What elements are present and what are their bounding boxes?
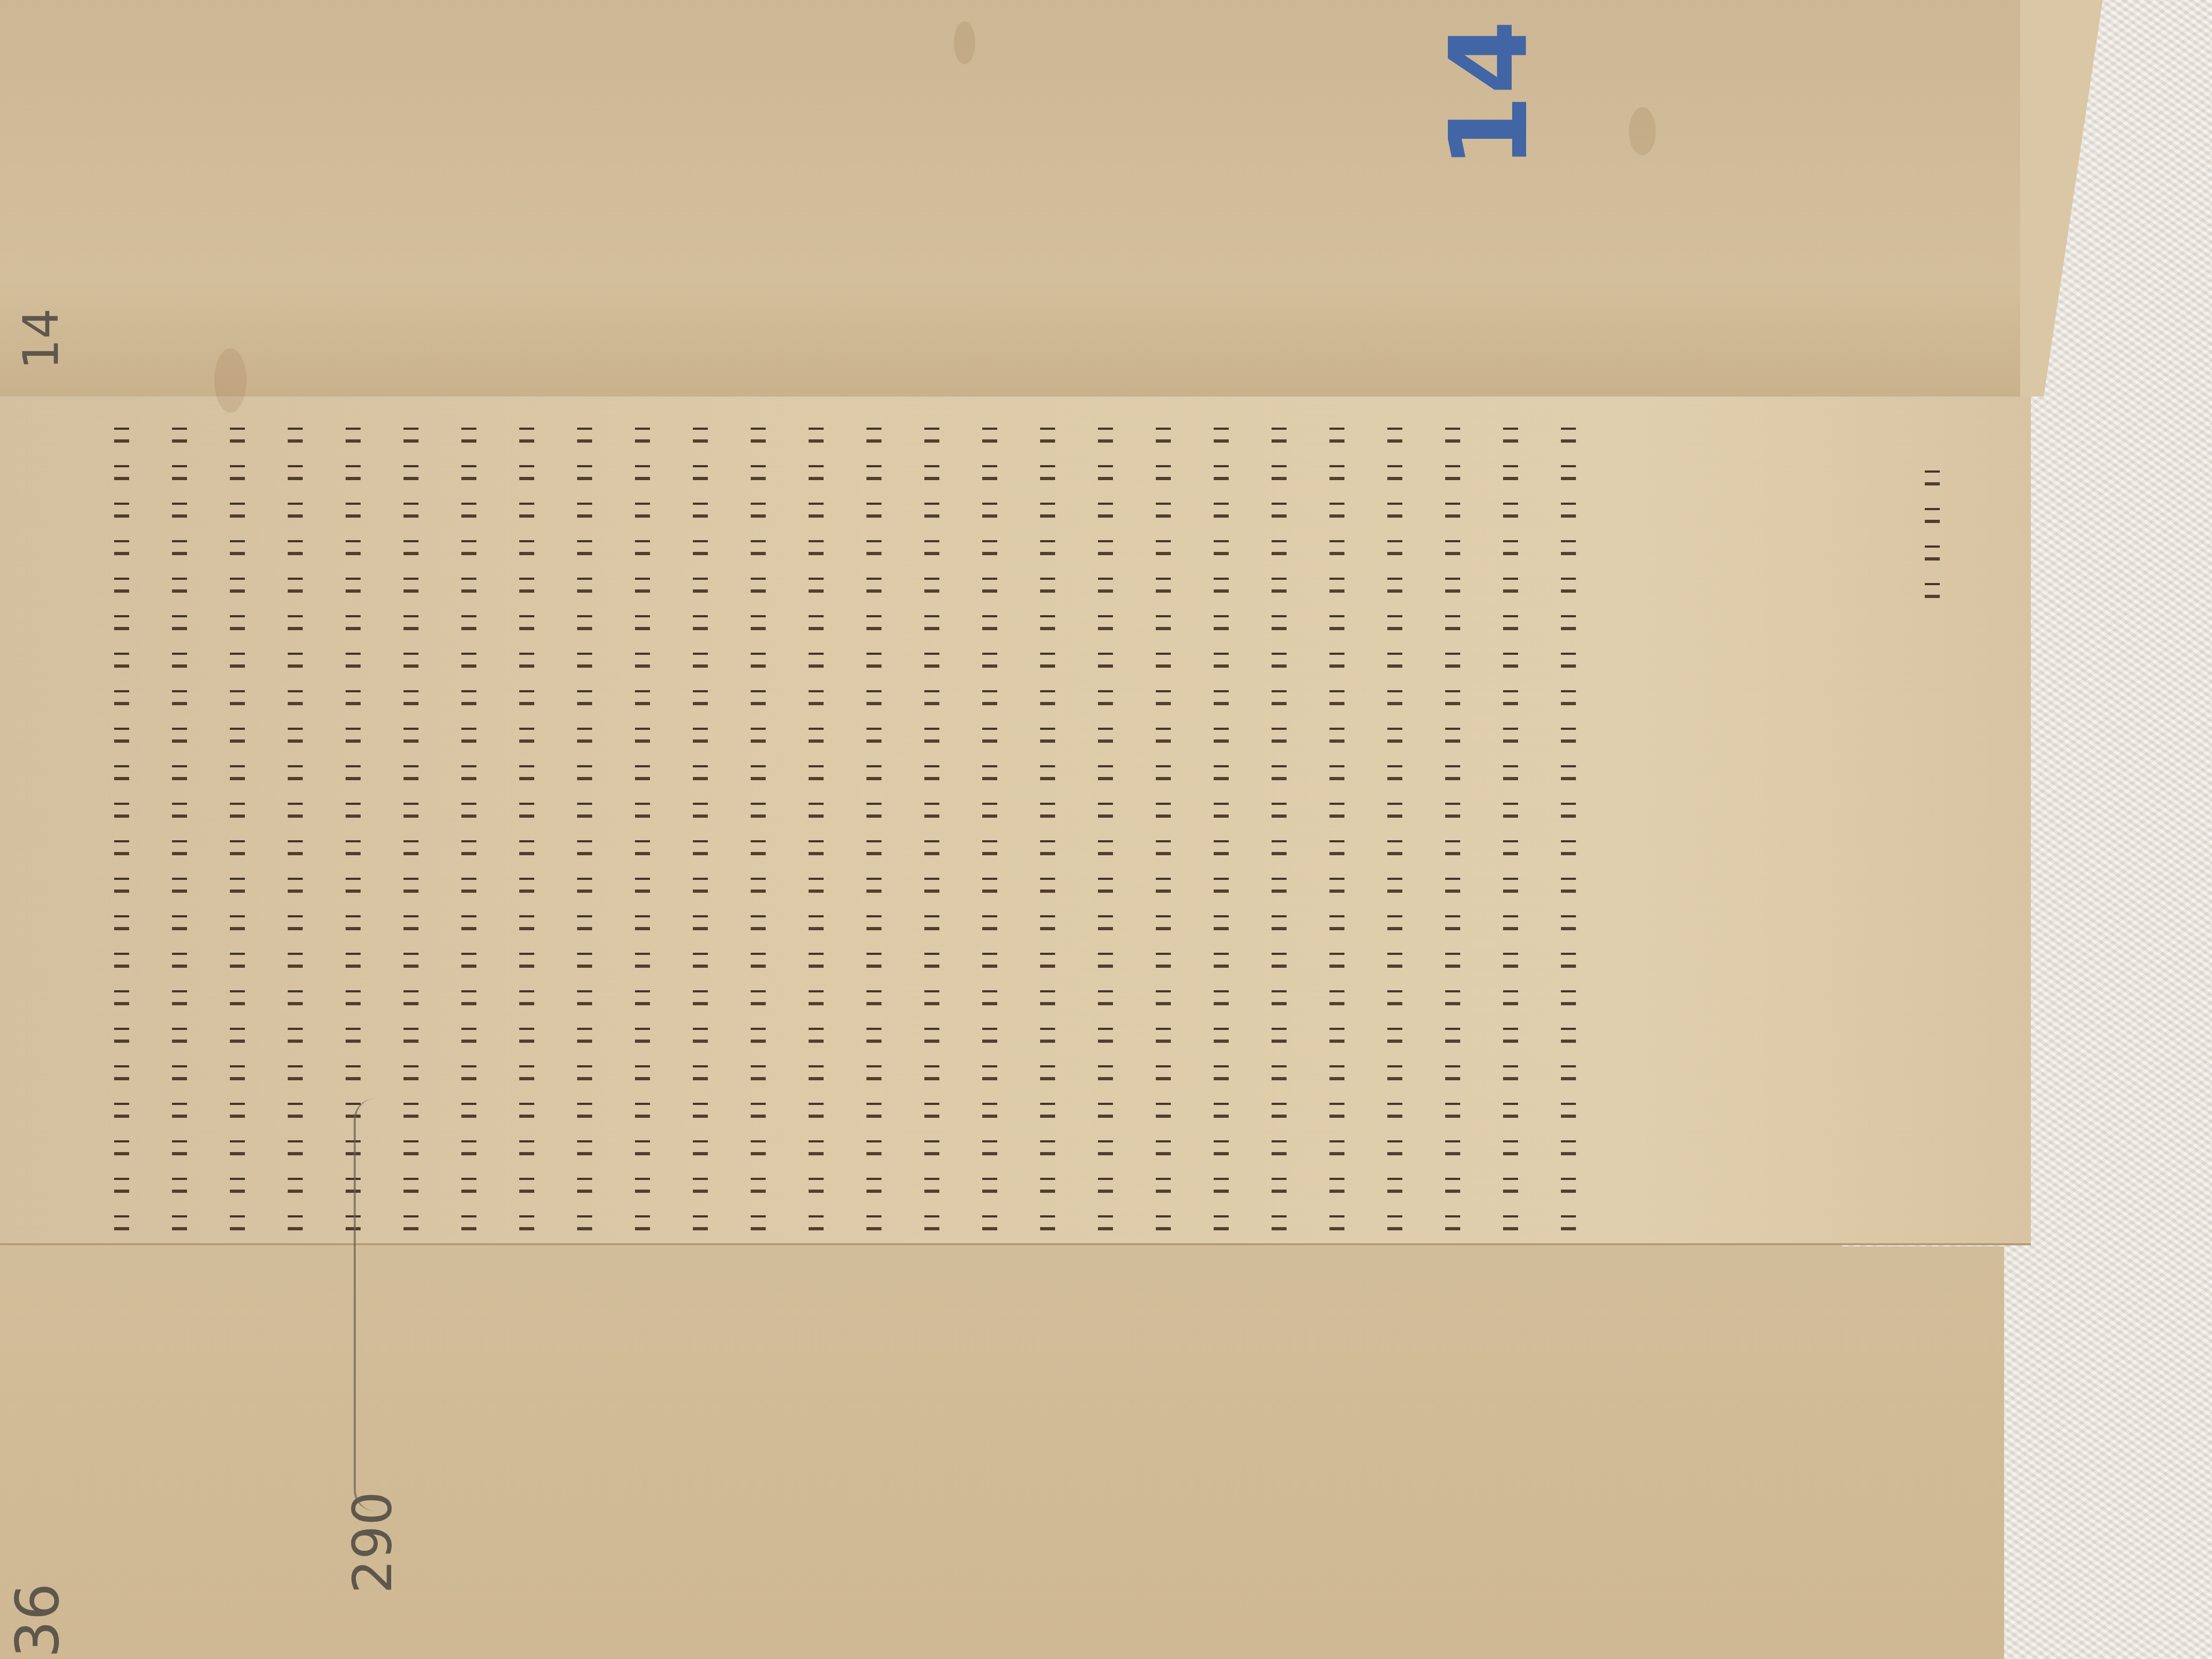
handwritten-line: [illegible handwriting] <box>1538 407 1596 1243</box>
handwritten-line: [illegible handwriting] <box>670 407 728 1243</box>
pencil-bracket-line <box>354 1098 388 1511</box>
handwritten-line: [illegible handwriting] <box>265 407 323 1243</box>
handwritten-line: [illegible handwriting] <box>612 407 670 1243</box>
handwritten-line: [illegible handwriting] <box>496 407 554 1243</box>
handwritten-line: [illegible handwriting] <box>149 407 207 1243</box>
closing-word: [illegible] <box>1908 450 1951 622</box>
handwritten-line: [illegible handwriting] <box>1422 407 1480 1243</box>
pencil-page-number-top: 14 <box>13 308 70 370</box>
handwritten-line: [illegible handwriting] <box>1075 407 1133 1243</box>
top-fold-flap <box>0 0 2020 400</box>
handwritten-line: [illegible handwriting] <box>1249 407 1306 1243</box>
handwritten-line: [illegible handwriting] <box>728 407 786 1243</box>
handwritten-line: [illegible handwriting] <box>207 407 265 1243</box>
handwritten-line: [illegible handwriting] <box>1480 407 1538 1243</box>
handwritten-line: [illegible handwriting] <box>786 407 843 1243</box>
paper-stain <box>214 348 246 413</box>
paper-stain <box>1629 107 1656 155</box>
handwritten-line: [illegible handwriting] <box>91 407 149 1243</box>
handwritten-line: [illegible handwriting] <box>1133 407 1191 1243</box>
blue-crayon-number: 14 <box>1427 20 1552 169</box>
handwritten-line: [illegible handwriting] <box>959 407 1017 1243</box>
handwritten-line: [illegible handwriting] <box>1191 407 1249 1243</box>
paper-stain <box>954 21 975 64</box>
handwritten-line: [illegible handwriting] <box>438 407 496 1243</box>
handwritten-line: [illegible handwriting] <box>554 407 612 1243</box>
bottom-fold-flap <box>0 1246 2004 1659</box>
handwritten-line: [illegible handwriting] <box>901 407 959 1243</box>
pencil-page-number-bottom: 36 <box>3 1583 72 1658</box>
handwritten-line: [illegible handwriting] <box>1306 407 1364 1243</box>
handwritten-line: [illegible handwriting] <box>843 407 901 1243</box>
handwritten-line: [illegible handwriting] <box>1017 407 1075 1243</box>
handwritten-line: [illegible handwriting] <box>380 407 438 1243</box>
handwritten-line: [illegible handwriting] <box>1364 407 1422 1243</box>
